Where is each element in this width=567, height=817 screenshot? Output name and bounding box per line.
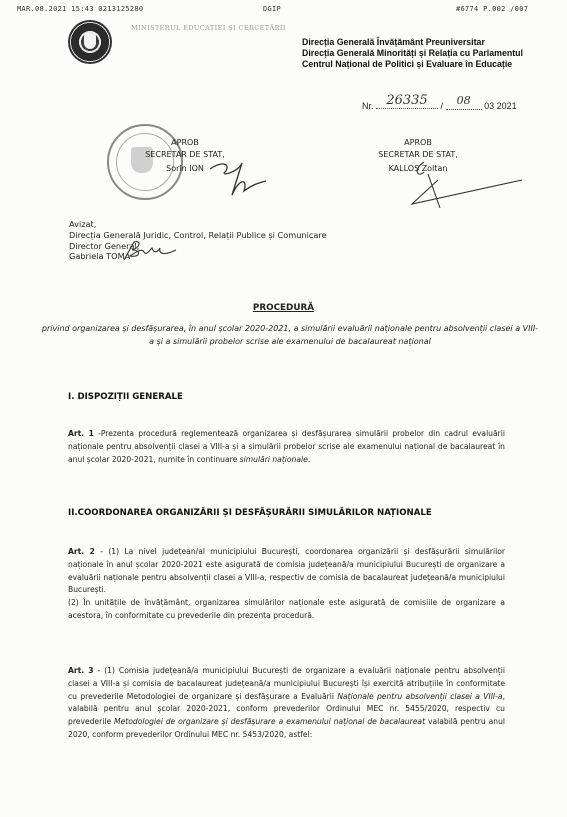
- article-tail: .: [308, 455, 310, 464]
- article-2: Art. 2 - (1) La nivel județean/al munici…: [68, 546, 505, 623]
- coat-of-arms-icon: [84, 33, 96, 49]
- department-line: Centrul Național de Politici și Evaluare…: [302, 59, 512, 69]
- endorsement-department: Direcția Generală Juridic, Control, Rela…: [69, 230, 327, 241]
- article-emphasis: Naționale pentru absolvenții clasei a VI…: [337, 692, 502, 701]
- signature-icon: [410, 160, 530, 210]
- document-title: PROCEDURĂ: [0, 303, 567, 313]
- endorsement-block: Avizat, Direcția Generală Juridic, Contr…: [69, 219, 327, 262]
- approval-label: APROB: [120, 137, 250, 149]
- fax-header-sender: DGIP: [263, 5, 281, 13]
- handwritten-number: 26335: [386, 93, 427, 108]
- fax-header-timestamp: MAR.08.2021 15:43 0213125280: [17, 5, 143, 13]
- article-3: Art. 3 - (1) Comisia județeană/a municip…: [68, 665, 505, 742]
- approval-label: APROB: [368, 137, 468, 149]
- endorsement-role: Director General,: [69, 241, 327, 252]
- registration-number: Nr. 26335 / 08 03 2021: [362, 98, 517, 111]
- section-heading: I. DISPOZIȚII GENERALE: [68, 392, 183, 402]
- handwritten-day: 08: [457, 94, 471, 107]
- article-emphasis: Metodologiei de organizare și desfășurar…: [114, 717, 425, 726]
- endorsement-label: Avizat,: [69, 219, 327, 230]
- document-subtitle: privind organizarea și desfășurarea, în …: [40, 322, 540, 348]
- registration-month-year: 03 2021: [484, 101, 517, 111]
- signature-icon: [122, 238, 182, 262]
- article-paragraph-2: (2) În unitățile de învățământ, organiza…: [68, 598, 505, 620]
- section-heading: II.COORDONAREA ORGANIZĂRII ȘI DESFĂȘURĂR…: [68, 508, 432, 518]
- article-1: Art. 1 -Prezenta procedură reglementează…: [68, 428, 505, 466]
- article-paragraph-1: - (1) La nivel județean/al municipiului …: [68, 547, 505, 594]
- registration-day-field: 08: [446, 99, 482, 110]
- article-label: Art. 1: [68, 429, 94, 438]
- signature-icon: [208, 155, 268, 205]
- fax-header-page: #6774 P.002 /007: [456, 5, 528, 13]
- ministry-name: MINISTERUL EDUCAȚIEI ȘI CERCETĂRII: [131, 24, 286, 32]
- department-line: Direcția Generală Minorități și Relația …: [302, 48, 523, 58]
- article-label: Art. 2: [68, 547, 95, 556]
- department-line: Direcția Generală Învățământ Preuniversi…: [302, 37, 485, 47]
- registration-separator: /: [441, 101, 444, 111]
- article-emphasis: simulări naționale: [240, 455, 308, 464]
- registration-number-field: 26335: [376, 98, 438, 109]
- registration-prefix: Nr.: [362, 101, 374, 111]
- endorsement-name: Gabriela TOMA: [69, 251, 327, 262]
- article-label: Art. 3: [68, 666, 94, 675]
